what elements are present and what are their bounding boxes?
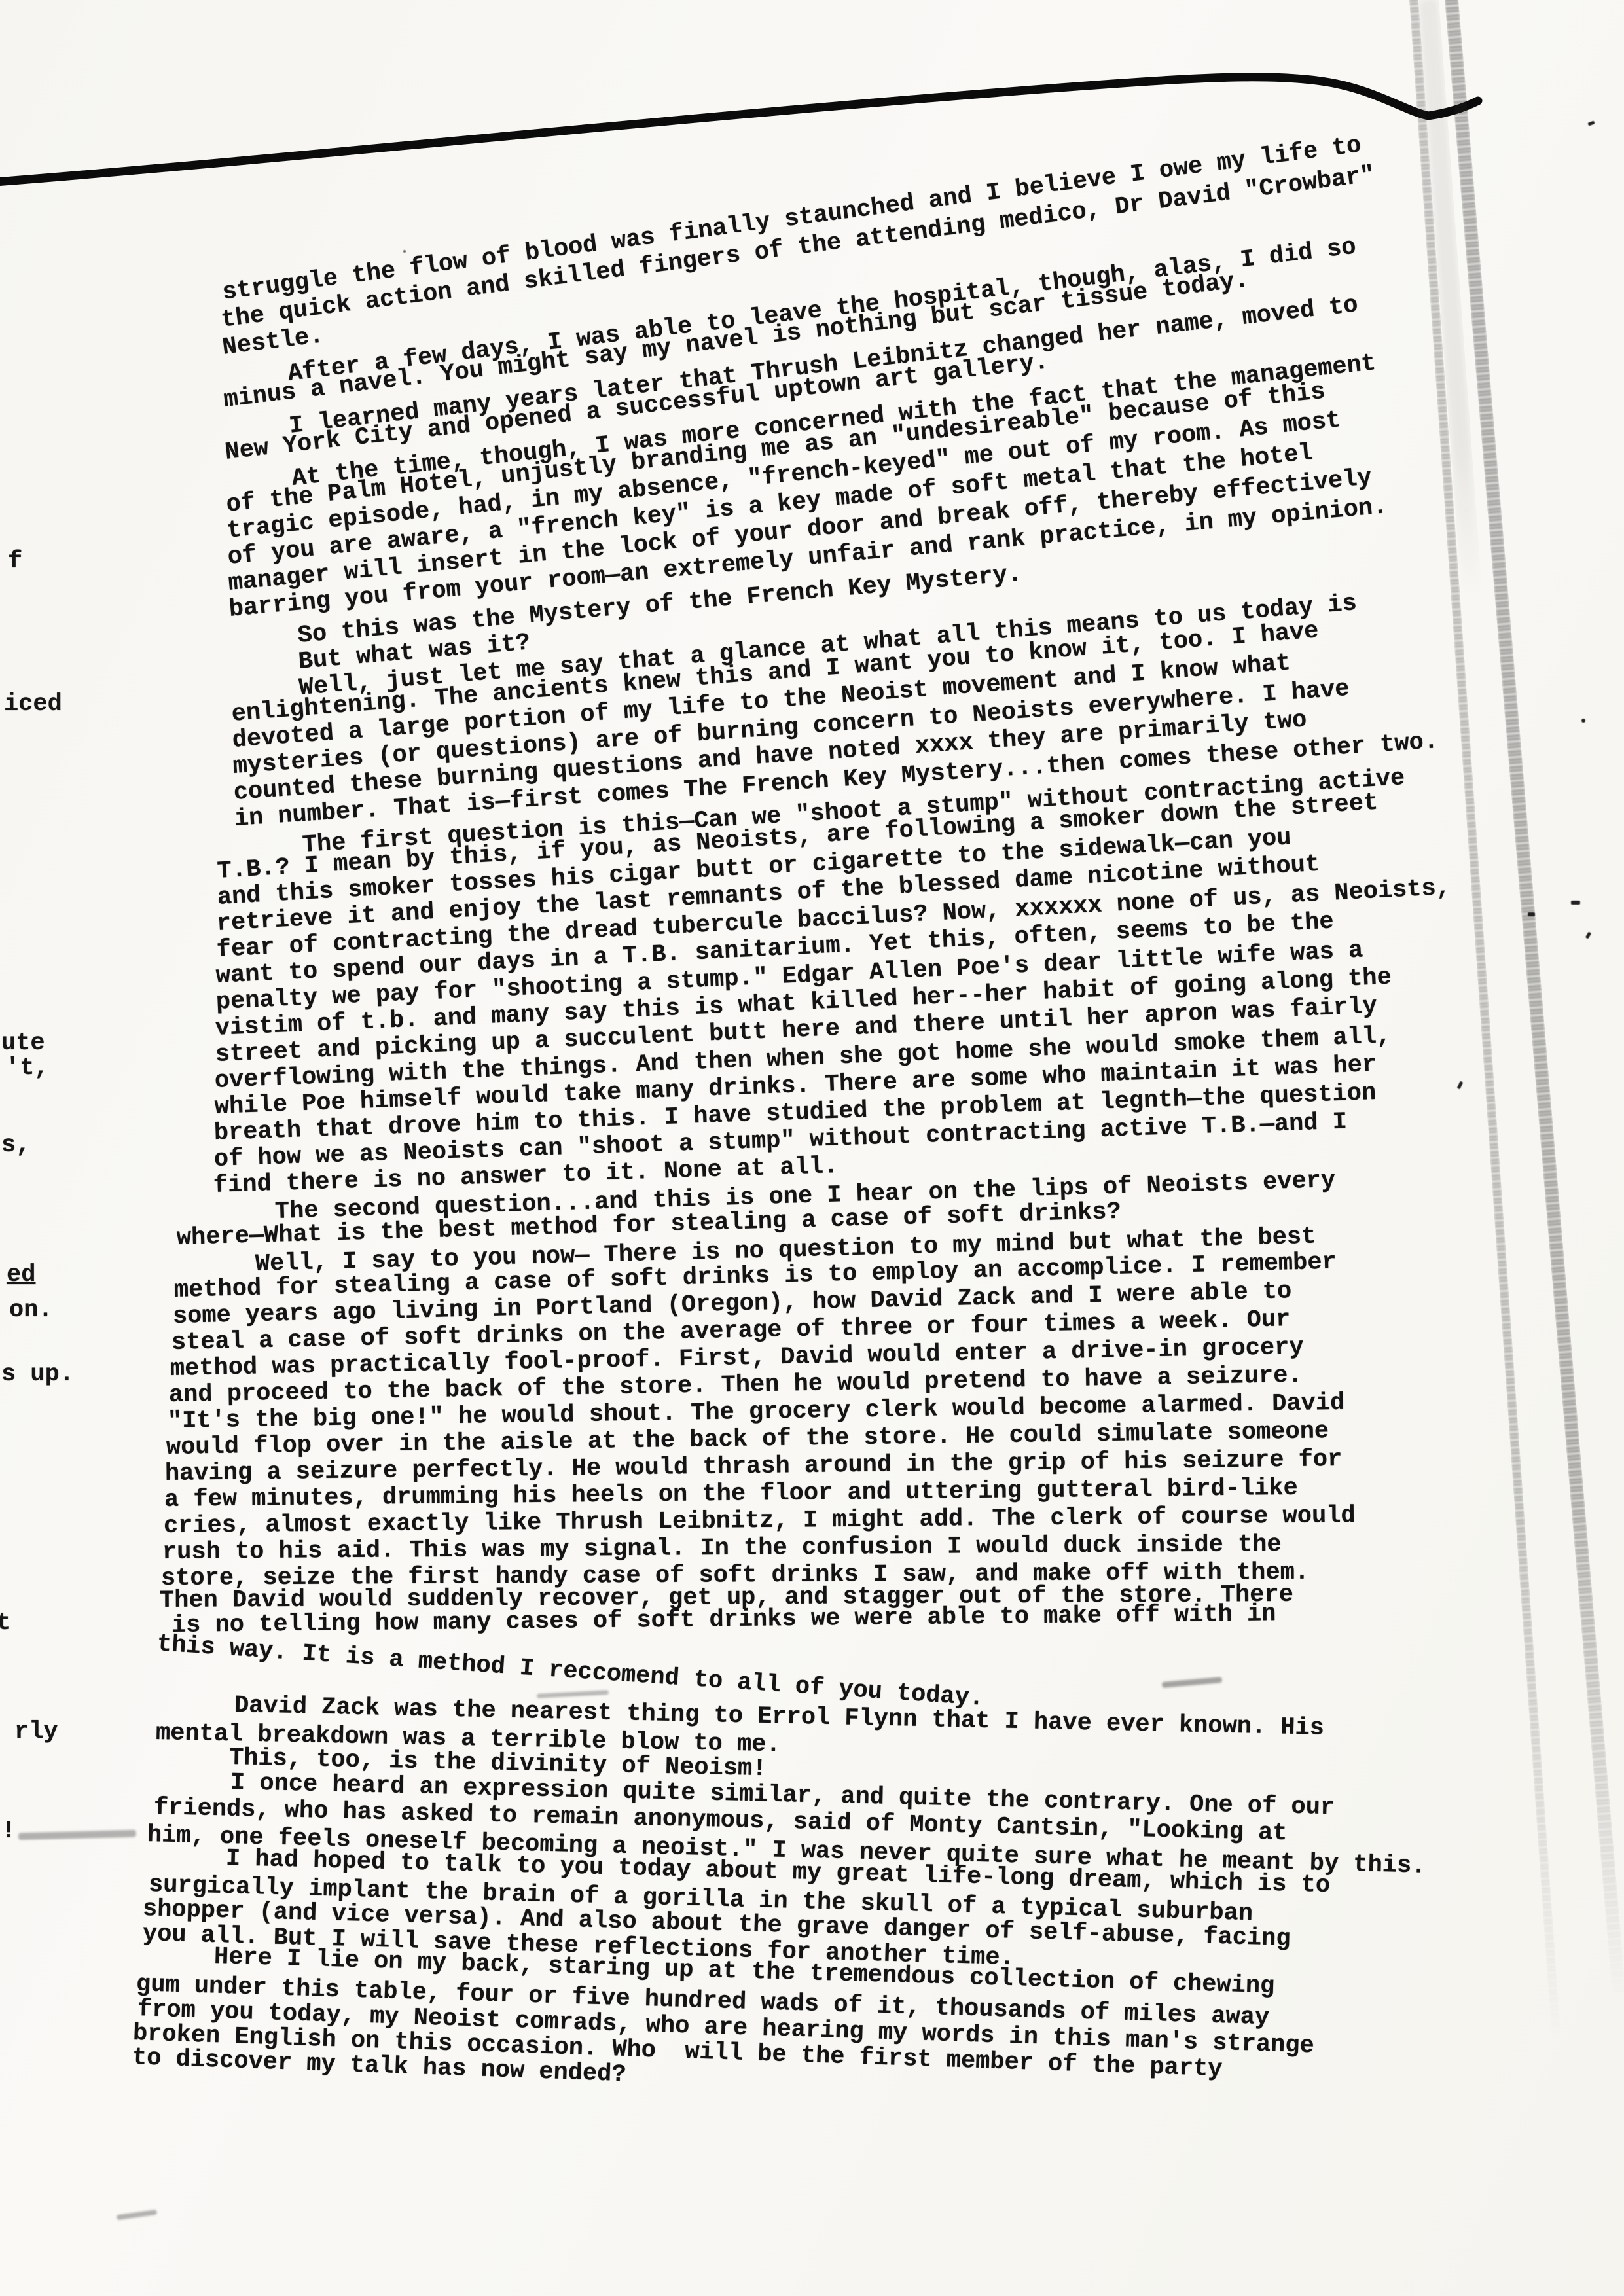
margin-fragment: iced [4,692,62,717]
ink-speck [1528,912,1535,916]
margin-fragment: ute [1,1031,45,1056]
margin-fragment: t [0,1611,10,1636]
margin-fragment: f [8,550,22,574]
ink-speck [1571,901,1580,905]
margin-fragment: 't, [5,1056,49,1081]
ink-speck [1581,719,1585,723]
margin-fragment: on. [9,1299,53,1323]
margin-fragment: s up. [1,1363,74,1387]
margin-fragment: ed [7,1263,35,1287]
margin-fragment: rly [14,1720,58,1744]
ink-speck [403,250,406,253]
scanned-page: struggle the flow of blood was finally s… [0,0,1624,2296]
margin-fragment: s, [1,1134,30,1158]
margin-fragment: ! [1,1820,16,1844]
